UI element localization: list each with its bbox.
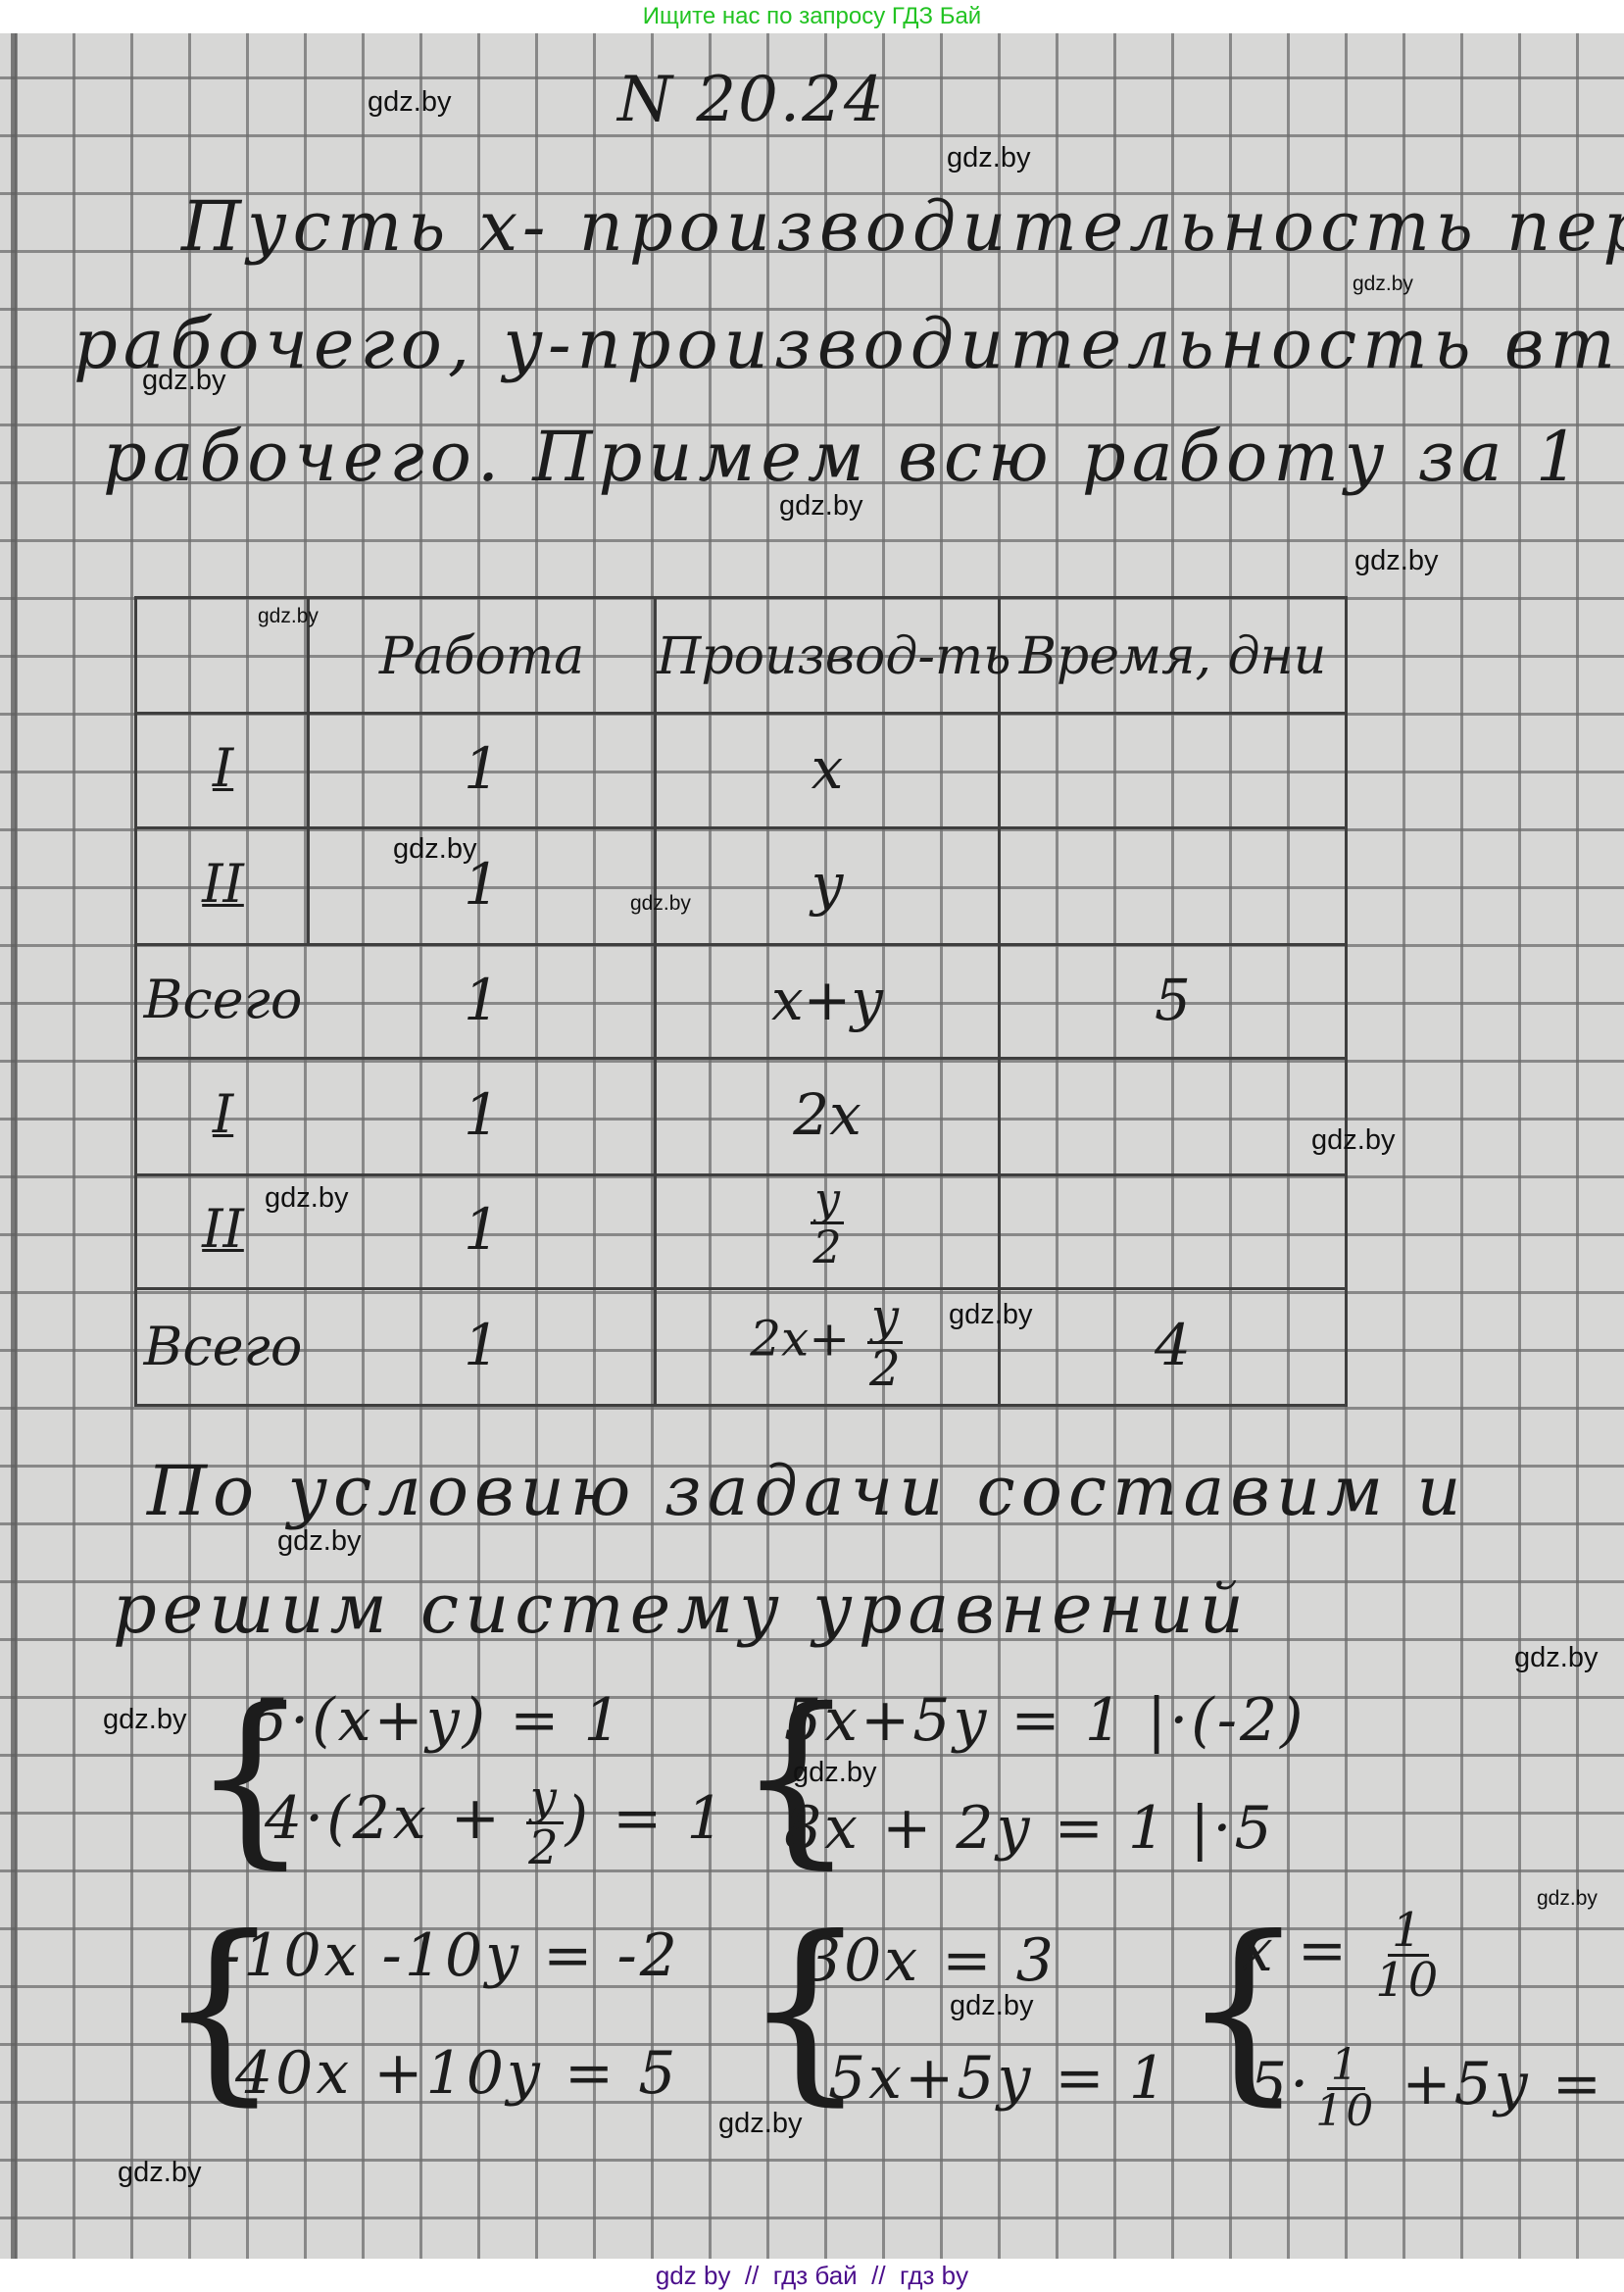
equation: 5·110 +5y = 1 [1250, 2044, 1624, 2133]
table-cell-work: 1 [310, 1312, 654, 1378]
table-row-label: Всего [137, 969, 309, 1030]
equation: 40x +10y = 5 [235, 2039, 678, 2108]
watermark: gdz.by [103, 1704, 186, 1736]
watermark: gdz.by [949, 1299, 1032, 1331]
table-cell-rate: 2x [657, 1081, 998, 1148]
watermark: gdz.by [368, 86, 451, 119]
top-banner-text: Ищите нас по запросу ГДЗ Бай [643, 3, 981, 29]
watermark: gdz.by [277, 1525, 361, 1558]
watermark: gdz.by [393, 833, 476, 866]
watermark: gdz.by [950, 1990, 1033, 2022]
top-banner: Ищите нас по запросу ГДЗ Бай [0, 0, 1624, 33]
watermark: gdz.by [1514, 1642, 1598, 1674]
table-cell-time: 5 [1001, 967, 1345, 1033]
intro-line-3: рабочего. Примем всю работу за 1 [103, 417, 1585, 497]
bottom-banner: gdz by // гдз бай // гдз by [0, 2259, 1624, 2292]
watermark: gdz.by [258, 605, 319, 628]
equation: x = 110 [1240, 1907, 1445, 2004]
watermark: gdz.by [1354, 545, 1438, 577]
header-work: Работа [310, 627, 654, 686]
equation: 5x+5y = 1 [828, 2044, 1169, 2113]
equation: 5·(x+y) = 1 [250, 1686, 624, 1755]
table-cell-rate: x+y [657, 967, 998, 1033]
table-cell-work: 1 [310, 851, 654, 918]
condition-line-1: По условию задачи составим и [147, 1451, 1466, 1531]
watermark: gdz.by [630, 892, 691, 916]
table-cell-rate: y2 [657, 1176, 998, 1270]
equation: 5x+5y = 1 |·(-2) [784, 1686, 1306, 1755]
equation: 4·(2x + y2) = 1 [265, 1774, 727, 1871]
watermark: gdz.by [947, 142, 1030, 174]
table-row-label: I [137, 1083, 309, 1145]
watermark: gdz.by [1353, 273, 1413, 296]
watermark: gdz.by [793, 1757, 876, 1789]
table-row-label: II [137, 853, 309, 915]
table-row-label: I [137, 737, 309, 799]
intro-line-1: Пусть x- производительность первого [181, 186, 1624, 267]
table-cell-rate: 2x+ y2 [657, 1292, 998, 1393]
watermark: gdz.by [1537, 1887, 1598, 1911]
intro-line-2: рабочего, y-производительность второго [74, 304, 1624, 384]
table-row-label: Всего [137, 1316, 309, 1377]
watermark: gdz.by [142, 365, 225, 397]
table-cell-work: 1 [310, 1081, 654, 1148]
equation: 30x = 3 [804, 1926, 1057, 1995]
bottom-banner-text: gdz by // гдз бай // гдз by [656, 2261, 968, 2290]
watermark: gdz.by [779, 490, 862, 523]
table-cell-rate: y [657, 851, 998, 918]
table-cell-work: 1 [310, 1196, 654, 1263]
table-cell-time: 4 [1001, 1312, 1345, 1378]
margin-line [11, 33, 17, 2259]
table-cell-work: 1 [310, 735, 654, 802]
watermark: gdz.by [1311, 1124, 1395, 1157]
watermark: gdz.by [718, 2108, 802, 2140]
equation: -10x -10y = -2 [221, 1921, 680, 1990]
header-time: Время, дни [1001, 627, 1345, 686]
watermark: gdz.by [118, 2157, 201, 2189]
table-cell-work: 1 [310, 967, 654, 1033]
condition-line-2: решим систему уравнений [113, 1569, 1250, 1649]
equation: 8x + 2y = 1 |·5 [784, 1794, 1275, 1863]
header-rate: Производ-ть [657, 627, 998, 686]
watermark: gdz.by [265, 1182, 348, 1215]
table-cell-rate: x [657, 735, 998, 802]
problem-number: N 20.24 [617, 64, 886, 136]
